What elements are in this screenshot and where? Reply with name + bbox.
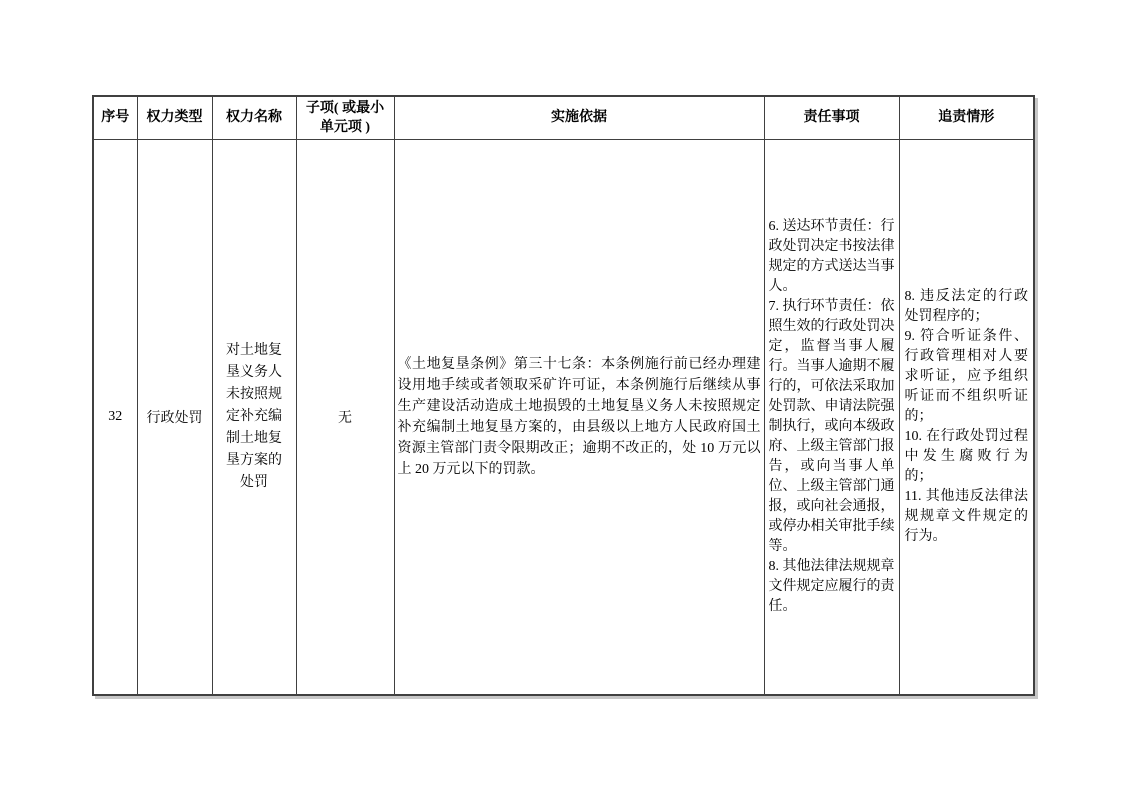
responsibility-item: 6. 送达环节责任：行政处罚决定书按法律规定的方式送达当事人。 xyxy=(769,217,895,297)
power-list-table: 序号 权力类型 权力名称 子项( 或最小单元项 ) 实施依据 责任事项 追责情形… xyxy=(92,95,1035,696)
cell-sub-item: 无 xyxy=(296,139,394,695)
cell-power-type: 行政处罚 xyxy=(137,139,212,695)
col-header-sub-item: 子项( 或最小单元项 ) xyxy=(296,96,394,139)
accountability-situation: 10. 在行政处罚过程中发生腐败行为的； xyxy=(905,427,1029,487)
accountability-situation: 8. 违反法定的行政处罚程序的； xyxy=(905,287,1029,327)
col-header-power-type: 权力类型 xyxy=(137,96,212,139)
col-header-accountability-situations: 追责情形 xyxy=(899,96,1034,139)
cell-power-name: 对土地复垦义务人未按照规定补充编制土地复垦方案的处罚 xyxy=(212,139,296,695)
accountability-situation: 9. 符合听证条件、行政管理相对人要求听证，应予组织听证而不组织听证的； xyxy=(905,327,1029,427)
cell-implementation-basis: 《土地复垦条例》第三十七条：本条例施行前已经办理建设用地手续或者领取采矿许可证，… xyxy=(394,139,764,695)
responsibility-item: 8. 其他法律法规规章文件规定应履行的责任。 xyxy=(769,557,895,617)
accountability-situation: 11. 其他违反法律法规规章文件规定的行为。 xyxy=(905,487,1029,547)
col-header-serial-number: 序号 xyxy=(93,96,137,139)
col-header-responsibility-items: 责任事项 xyxy=(764,96,899,139)
col-header-power-name: 权力名称 xyxy=(212,96,296,139)
cell-responsibility-items: 6. 送达环节责任：行政处罚决定书按法律规定的方式送达当事人。 7. 执行环节责… xyxy=(764,139,899,695)
cell-serial-number: 32 xyxy=(93,139,137,695)
col-header-implementation-basis: 实施依据 xyxy=(394,96,764,139)
cell-accountability-situations: 8. 违反法定的行政处罚程序的； 9. 符合听证条件、行政管理相对人要求听证，应… xyxy=(899,139,1034,695)
table-row: 32 行政处罚 对土地复垦义务人未按照规定补充编制土地复垦方案的处罚 无 《土地… xyxy=(93,139,1034,695)
responsibility-item: 7. 执行环节责任：依照生效的行政处罚决定，监督当事人履行。当事人逾期不履行的，… xyxy=(769,297,895,557)
document-page: 序号 权力类型 权力名称 子项( 或最小单元项 ) 实施依据 责任事项 追责情形… xyxy=(0,0,1122,793)
implementation-basis-paragraph: 《土地复垦条例》第三十七条：本条例施行前已经办理建设用地手续或者领取采矿许可证，… xyxy=(398,354,761,480)
header-row: 序号 权力类型 权力名称 子项( 或最小单元项 ) 实施依据 责任事项 追责情形 xyxy=(93,96,1034,139)
